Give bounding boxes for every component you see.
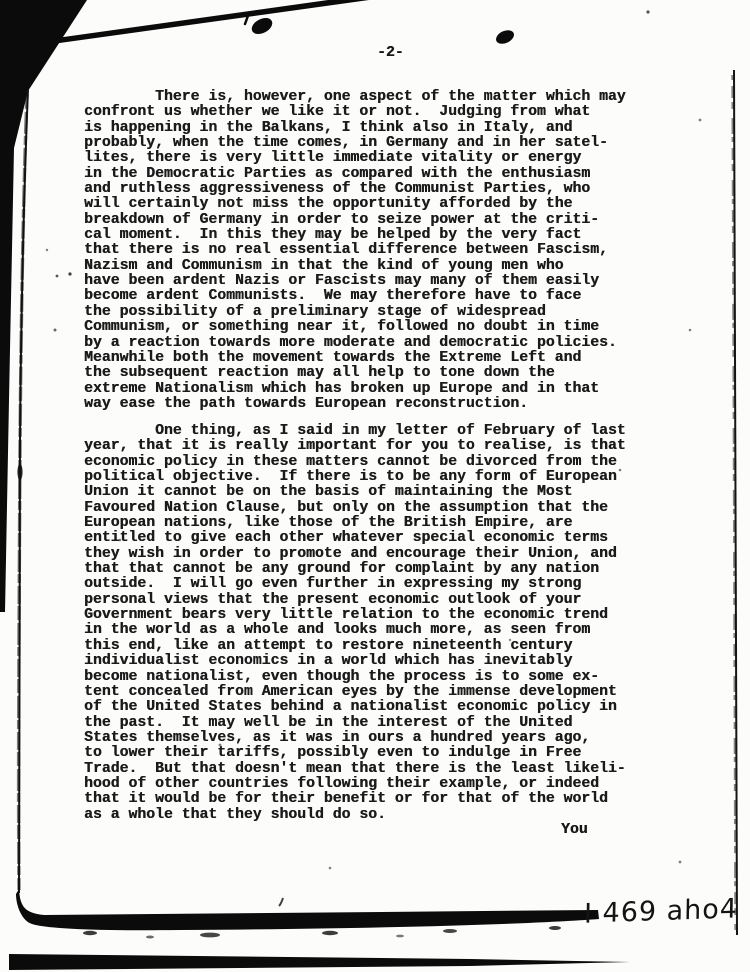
border-ink-blob [17,464,22,480]
catchword: You [561,822,588,838]
handwritten-archive-reference: I 469 aho4 [584,893,738,929]
scanned-letter-page: -2- There is, however, one aspect of the… [0,0,750,972]
diagonal-scan-line [35,0,369,46]
corner-tear-mark [0,0,87,612]
bottom-scan-wedge [9,954,630,970]
punch-hole-mark-2 [494,28,516,47]
bottom-scan-band [16,889,599,930]
letter-paragraph-1: There is, however, one aspect of the mat… [84,90,626,412]
page-border-right-ragged [733,75,736,930]
page-border-left-ragged [19,95,27,890]
letter-paragraph-2: One thing, as I said in my letter of Feb… [84,424,626,823]
page-number: -2- [377,45,404,61]
punch-hole-mark-1 [249,15,275,38]
